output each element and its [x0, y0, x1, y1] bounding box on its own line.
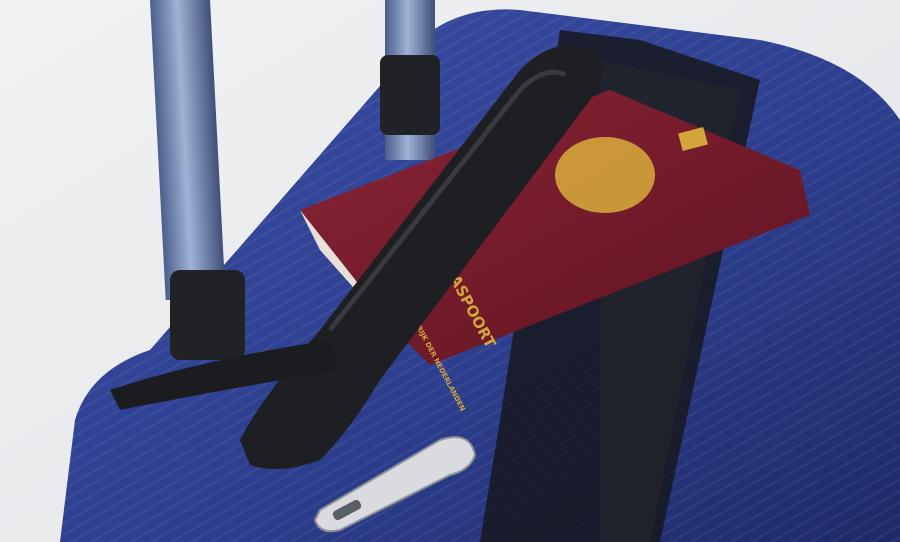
suitcase-photo: PASPOORT KONINKRIJK DER NEDERLANDEN: [0, 0, 900, 542]
